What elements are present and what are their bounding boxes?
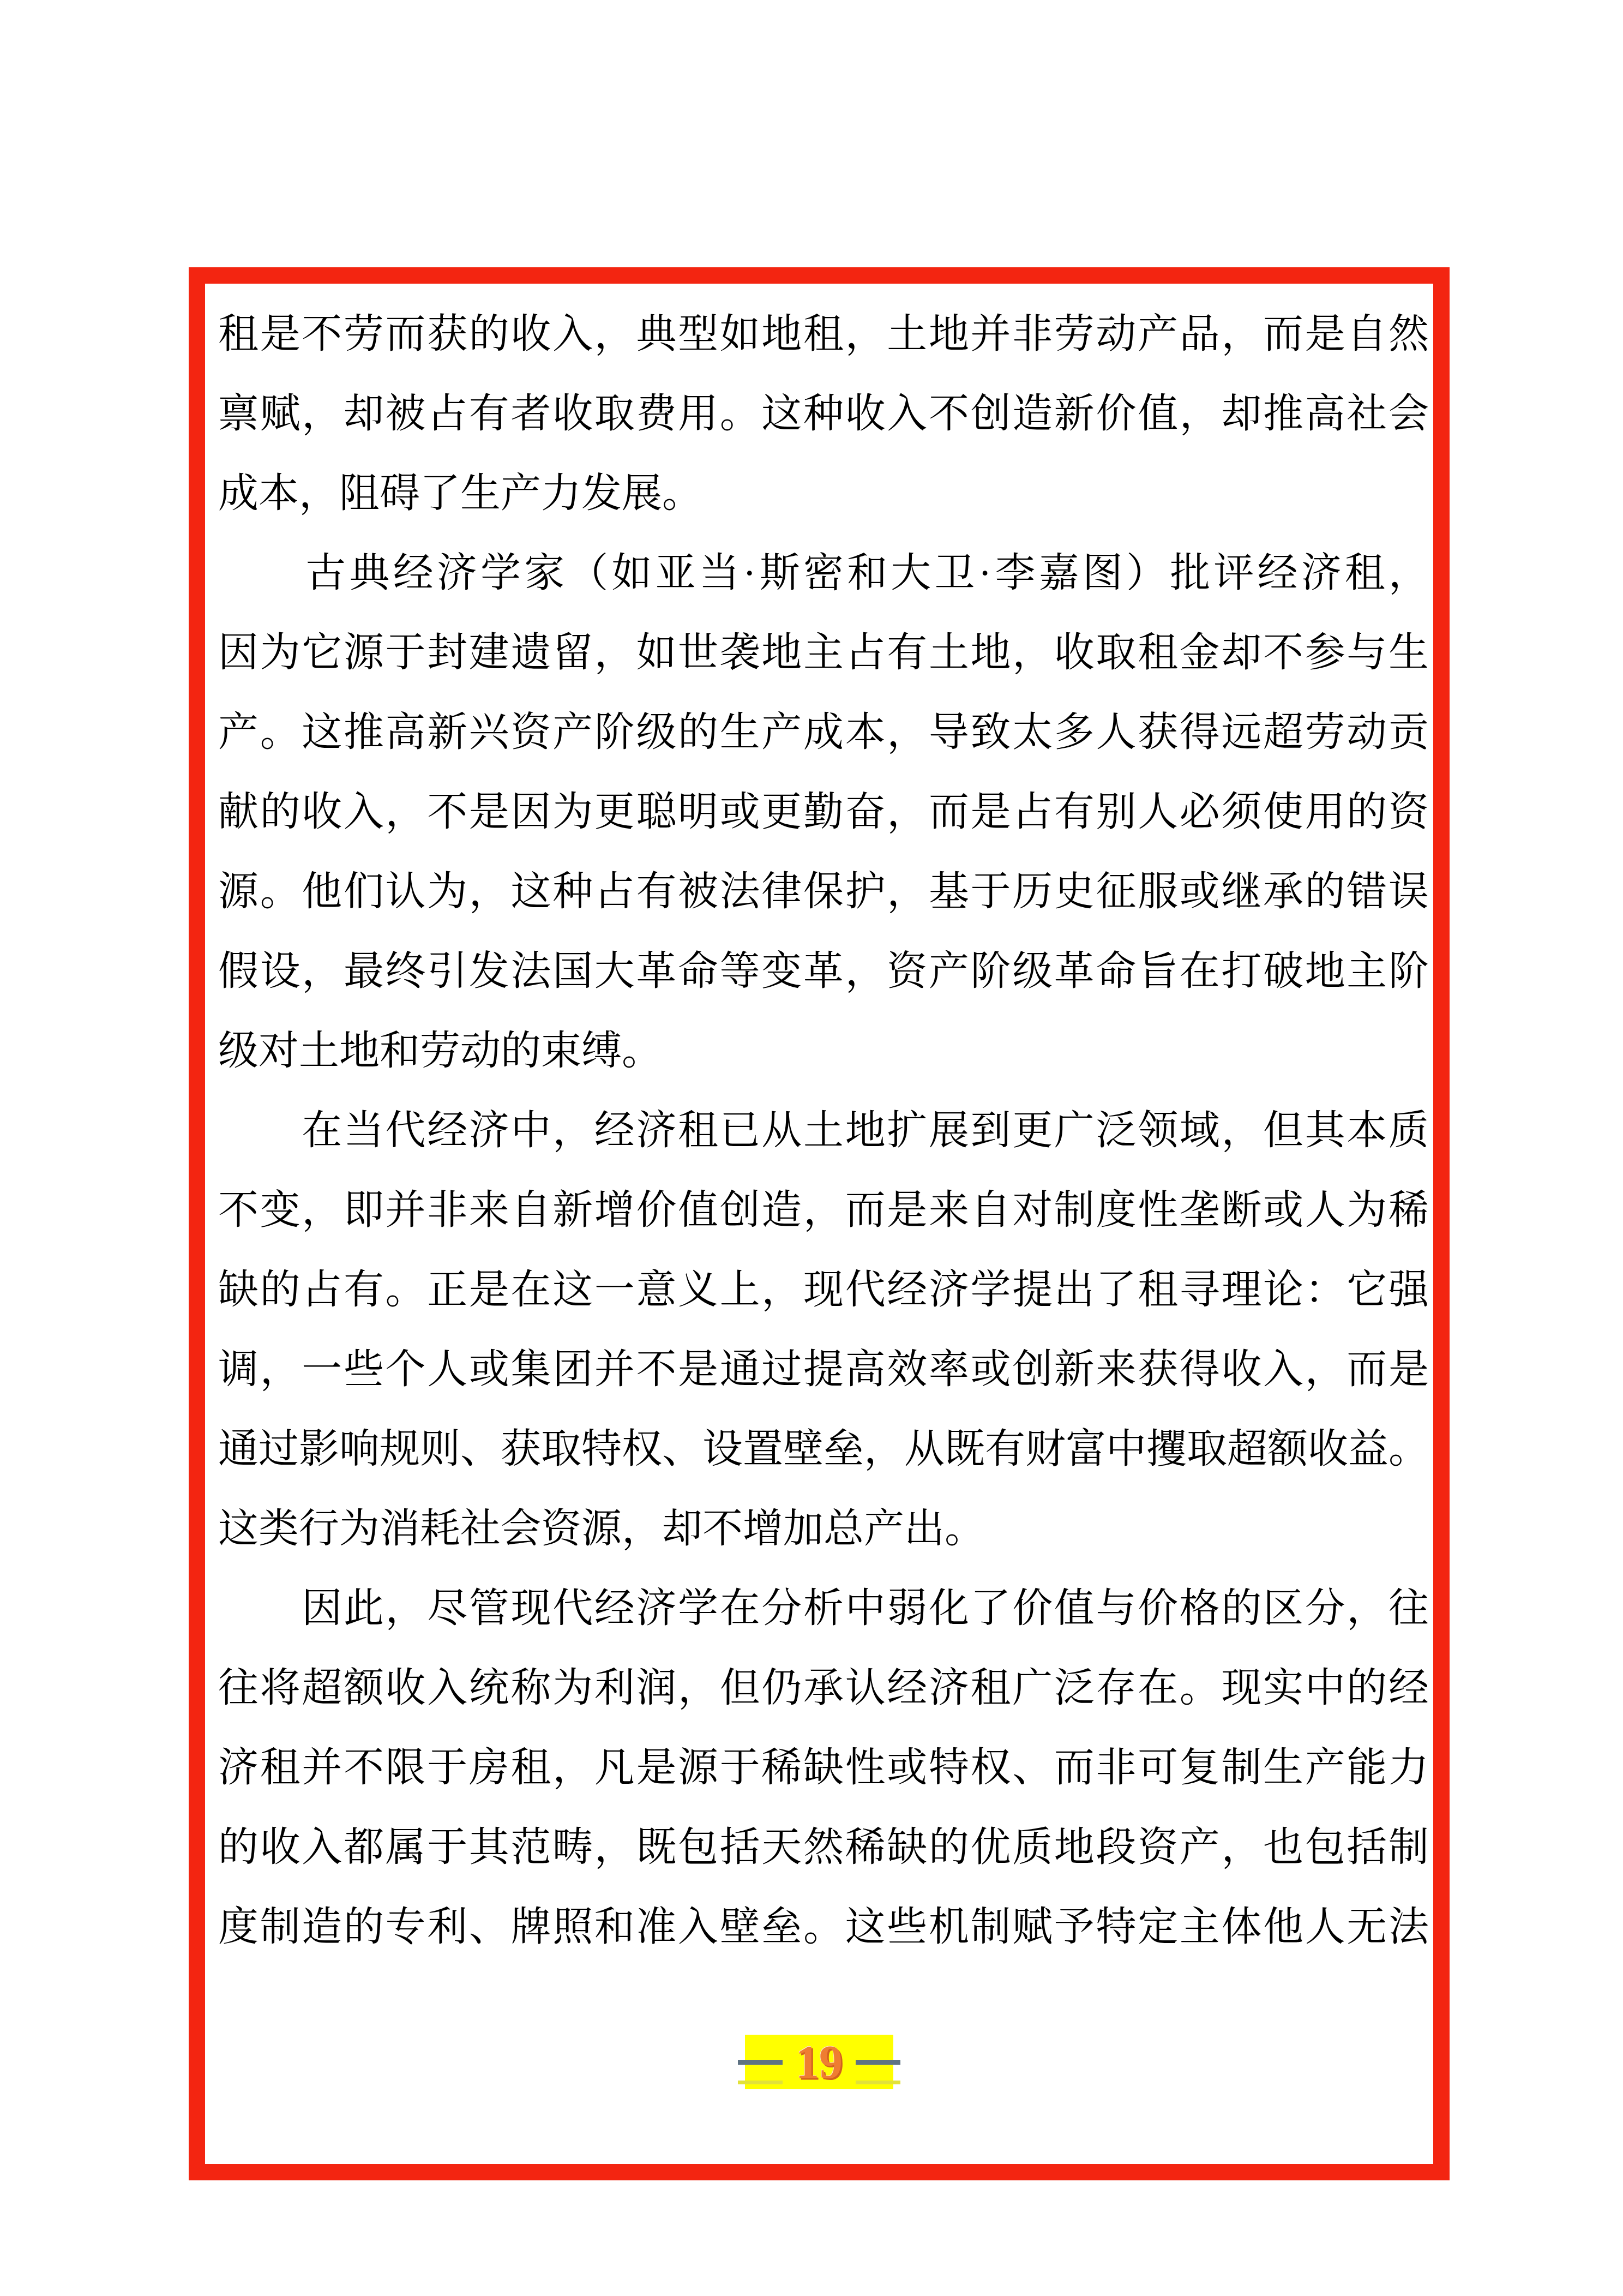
text-line: 因此，尽管现代经济学在分析中弱化了价值与价格的区分，往 bbox=[218, 1569, 1429, 1648]
text-line: 产。这推高新兴资产阶级的生产成本，导致太多人获得远超劳动贡 bbox=[218, 693, 1429, 772]
text-line: 济租并不限于房租，凡是源于稀缺性或特权、而非可复制生产能力 bbox=[218, 1728, 1429, 1808]
text-line: 往将超额收入统称为利润，但仍承认经济租广泛存在。现实中的经 bbox=[218, 1648, 1429, 1728]
text-line: 古典经济学家（如亚当·斯密和大卫·李嘉图）批评经济租， bbox=[218, 533, 1429, 613]
text-line: 源。他们认为，这种占有被法律保护，基于历史征服或继承的错误 bbox=[218, 852, 1429, 932]
text-line: 的收入都属于其范畴，既包括天然稀缺的优质地段资产，也包括制 bbox=[218, 1808, 1429, 1887]
text-line: 缺的占有。正是在这一意义上，现代经济学提出了租寻理论：它强 bbox=[218, 1250, 1429, 1330]
page-background: { "page": { "border_color": "#f32511", "… bbox=[0, 0, 1623, 2296]
document-frame: 租是不劳而获的收入，典型如地租，土地并非劳动产品，而是自然 禀赋，却被占有者收取… bbox=[189, 267, 1450, 2180]
text-line: 这类行为消耗社会资源，却不增加总产出。 bbox=[218, 1489, 1429, 1569]
body-text: 租是不劳而获的收入，典型如地租，土地并非劳动产品，而是自然 禀赋，却被占有者收取… bbox=[218, 295, 1429, 1967]
text-line: 通过影响规则、获取特权、设置壁垒，从既有财富中攫取超额收益。 bbox=[218, 1410, 1429, 1489]
text-line: 度制造的专利、牌照和准入壁垒。这些机制赋予特定主体他人无法 bbox=[218, 1887, 1429, 1967]
page-number: 19 bbox=[745, 2035, 893, 2089]
text-line: 在当代经济中，经济租已从土地扩展到更广泛领域，但其本质 bbox=[218, 1091, 1429, 1171]
text-line: 献的收入，不是因为更聪明或更勤奋，而是占有别人必须使用的资 bbox=[218, 772, 1429, 852]
page-number-value: 19 bbox=[796, 2035, 843, 2089]
text-line: 不变，即并非来自新增价值创造，而是来自对制度性垄断或人为稀 bbox=[218, 1171, 1429, 1250]
text-line: 租是不劳而获的收入，典型如地租，土地并非劳动产品，而是自然 bbox=[218, 295, 1429, 374]
text-line: 禀赋，却被占有者收取费用。这种收入不创造新价值，却推高社会 bbox=[218, 374, 1429, 454]
text-line: 级对土地和劳动的束缚。 bbox=[218, 1011, 1429, 1091]
text-line: 假设，最终引发法国大革命等变革，资产阶级革命旨在打破地主阶 bbox=[218, 932, 1429, 1011]
text-line: 调，一些个人或集团并不是通过提高效率或创新来获得收入，而是 bbox=[218, 1330, 1429, 1410]
text-line: 因为它源于封建遗留，如世袭地主占有土地，收取租金却不参与生 bbox=[218, 613, 1429, 693]
page-number-dash-left bbox=[738, 2060, 783, 2065]
page-number-dash-right bbox=[856, 2060, 900, 2065]
text-line: 成本，阻碍了生产力发展。 bbox=[218, 454, 1429, 533]
